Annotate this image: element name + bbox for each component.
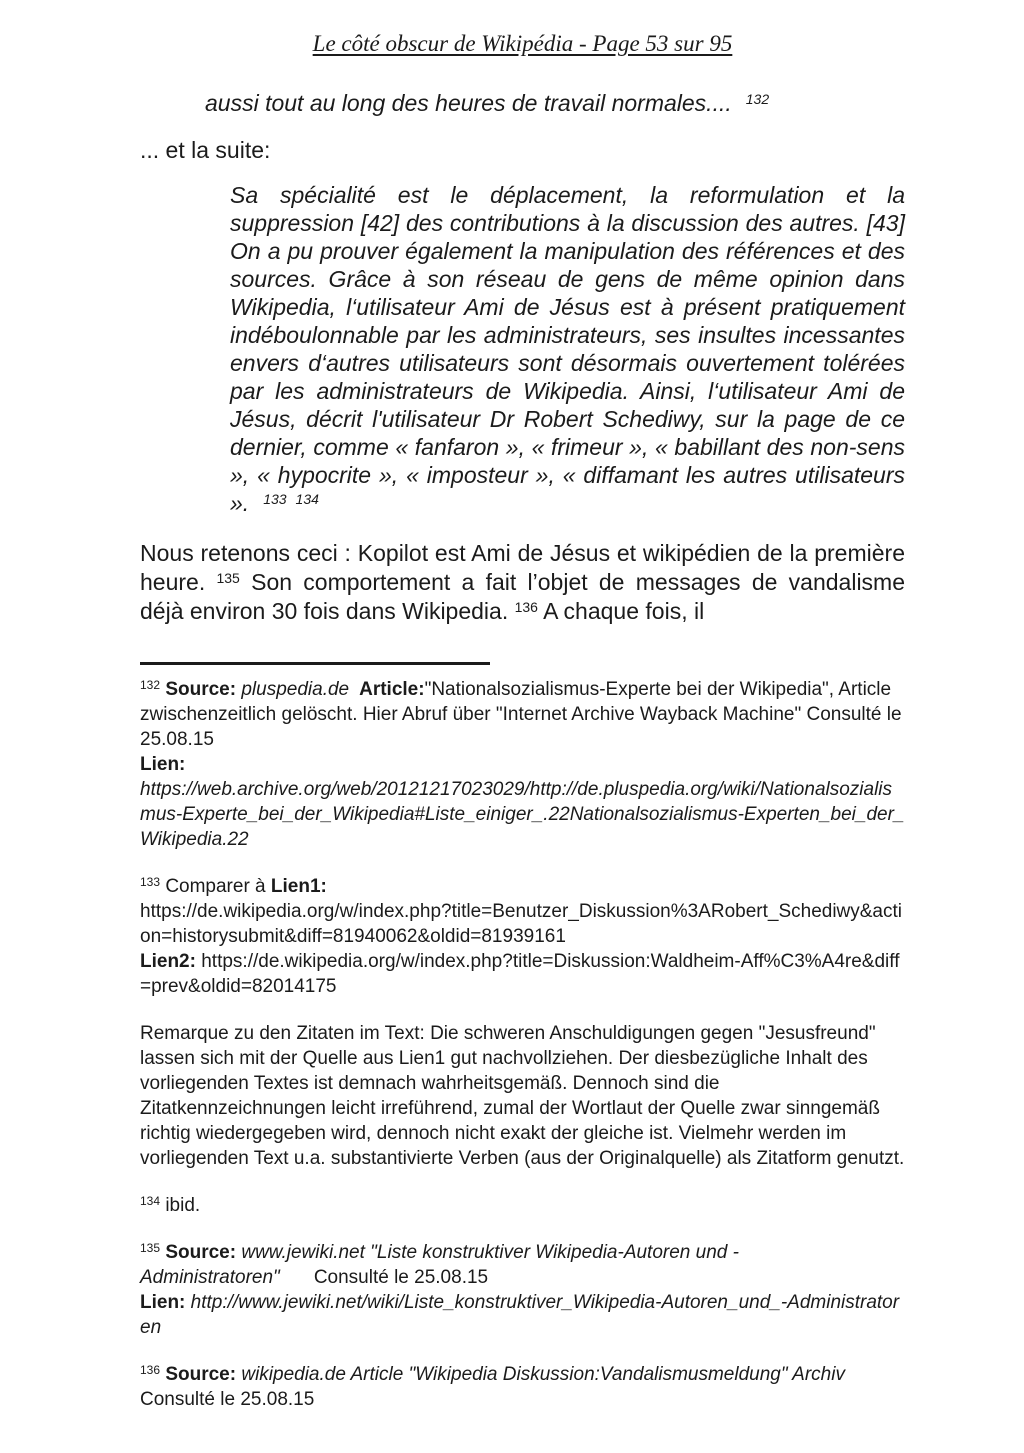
footnote-132-source-label: Source:	[165, 679, 236, 700]
footnote-136-source-value: wikipedia.de Article "Wikipedia Diskussi…	[241, 1364, 845, 1385]
footnote-136-consulted: Consulté le 25.08.15	[140, 1389, 314, 1410]
footnote-133-lien2-label: Lien2:	[140, 951, 196, 972]
footnote-133-intro: Comparer à	[165, 876, 271, 897]
footnote-132-article-label: Article:	[359, 679, 424, 700]
page-header: Le côté obscur de Wikipédia - Page 53 su…	[140, 30, 905, 58]
footnote-separator	[140, 662, 490, 665]
footnote-134-number: 134	[140, 1194, 160, 1208]
footnote-133: 133 Comparer à Lien1: https://de.wikiped…	[140, 874, 905, 999]
footnote-133-lien1-label: Lien1:	[271, 876, 327, 897]
blockquote: Sa spécialité est le déplacement, la ref…	[230, 181, 905, 517]
footnote-132-lien-url: https://web.archive.org/web/201212170230…	[140, 777, 905, 852]
page-title: Le côté obscur de Wikipédia - Page 53 su…	[313, 31, 733, 56]
footnote-ref-135: 135	[216, 570, 239, 586]
intro-line: ... et la suite:	[140, 136, 905, 165]
blockquote-text: Sa spécialité est le déplacement, la ref…	[230, 182, 905, 516]
footnote-132-number: 132	[140, 678, 160, 692]
footnote-136-line: 136 Source: wikipedia.de Article "Wikipe…	[140, 1362, 905, 1412]
footnote-136: 136 Source: wikipedia.de Article "Wikipe…	[140, 1362, 905, 1412]
quote-continuation-line: aussi tout au long des heures de travail…	[140, 88, 905, 118]
footnote-134: 134 ibid.	[140, 1193, 905, 1218]
footnote-133-remark-text: Remarque zu den Zitaten im Text: Die sch…	[140, 1021, 905, 1171]
footnote-134-text: ibid.	[165, 1195, 200, 1216]
footnote-134-line: 134 ibid.	[140, 1193, 905, 1218]
footnote-135-consulted: Consulté le 25.08.15	[314, 1267, 488, 1288]
footnote-133-lien1-url: https://de.wikipedia.org/w/index.php?tit…	[140, 899, 905, 949]
body-paragraph-part3: A chaque fois, il	[538, 598, 704, 624]
footnote-132: 132 Source: pluspedia.deArticle:"Nationa…	[140, 677, 905, 852]
footnote-136-number: 136	[140, 1363, 160, 1377]
document-page: Le côté obscur de Wikipédia - Page 53 su…	[0, 0, 1024, 1453]
footnote-ref-134: 134	[296, 491, 319, 507]
footnote-133-remark: Remarque zu den Zitaten im Text: Die sch…	[140, 1021, 905, 1171]
footnote-133-line: 133 Comparer à Lien1:	[140, 874, 905, 899]
footnote-135-number: 135	[140, 1241, 160, 1255]
footnote-ref-132: 132	[746, 91, 769, 107]
footnote-133-lien2-url: https://de.wikipedia.org/w/index.php?tit…	[140, 951, 899, 997]
footnote-135-source-label: Source:	[165, 1242, 236, 1263]
page-content: Le côté obscur de Wikipédia - Page 53 su…	[0, 0, 1024, 1412]
footnote-136-source-label: Source:	[165, 1364, 236, 1385]
footnote-133-lien2-line: Lien2: https://de.wikipedia.org/w/index.…	[140, 949, 905, 999]
footnote-133-number: 133	[140, 875, 160, 889]
footnote-132-lien-label: Lien:	[140, 752, 905, 777]
footnote-ref-133: 133	[263, 491, 286, 507]
footnote-135: 135 Source: www.jewiki.net "Liste konstr…	[140, 1240, 905, 1340]
quote-continuation-text: aussi tout au long des heures de travail…	[205, 90, 732, 116]
footnote-132-line: 132 Source: pluspedia.deArticle:"Nationa…	[140, 677, 905, 752]
footnote-135-lien-line: Lien: http://www.jewiki.net/wiki/Liste_k…	[140, 1290, 905, 1340]
footnote-135-line: 135 Source: www.jewiki.net "Liste konstr…	[140, 1240, 905, 1290]
footnote-135-lien-url: http://www.jewiki.net/wiki/Liste_konstru…	[140, 1292, 899, 1338]
footnote-135-lien-label: Lien:	[140, 1292, 185, 1313]
footnote-ref-136: 136	[515, 599, 538, 615]
body-paragraph-part2: Son comportement a fait l’objet de messa…	[140, 569, 905, 624]
body-paragraph: Nous retenons ceci : Kopilot est Ami de …	[140, 539, 905, 626]
footnote-132-source-value: pluspedia.de	[241, 679, 349, 700]
